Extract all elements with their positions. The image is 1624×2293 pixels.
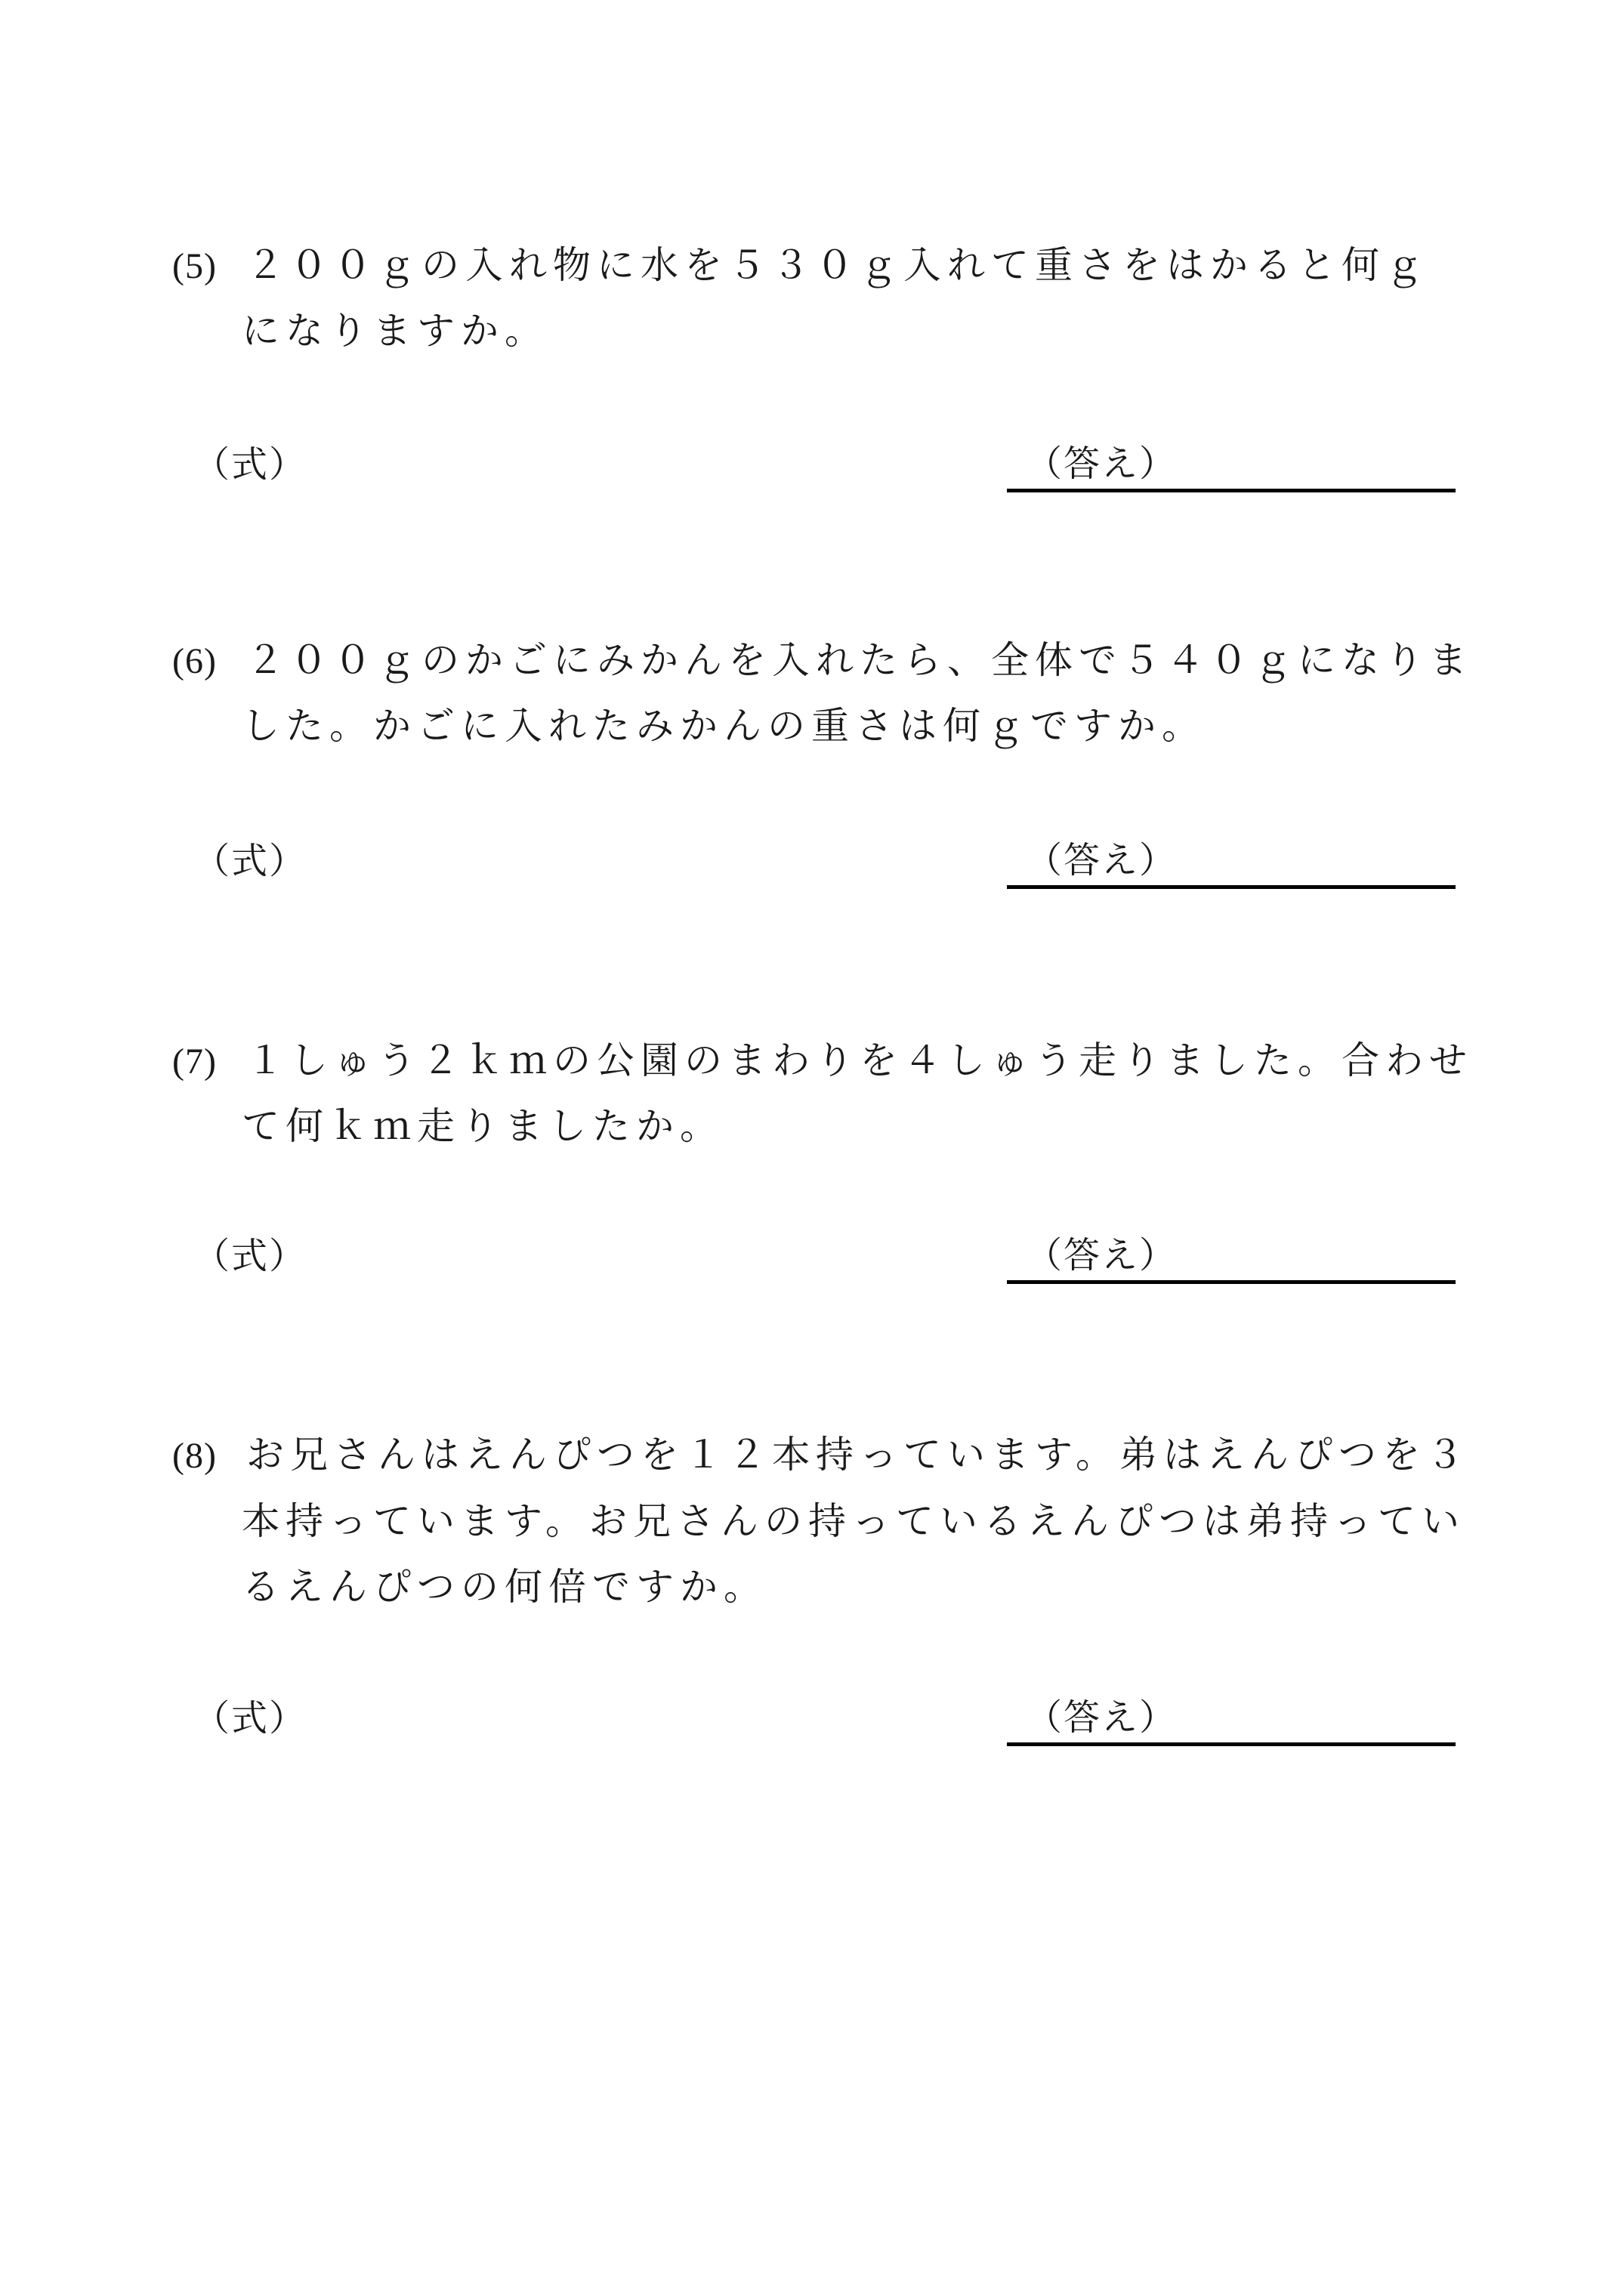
formula-label: （式） — [193, 1701, 307, 1737]
question-text-line: て何ｋｍ走りましたか。 — [242, 1107, 724, 1145]
answer-label: （答え） — [1026, 1238, 1177, 1274]
answer-label: （答え） — [1026, 446, 1177, 483]
question-number: (8) — [172, 1438, 217, 1474]
question-text-line: ２００ｇの入れ物に水を５３０ｇ入れて重さをはかると何ｇ — [246, 246, 1429, 284]
answer-line: （答え） — [1007, 446, 1456, 492]
answer-line: （答え） — [1007, 1700, 1456, 1746]
worksheet-page: (5) ２００ｇの入れ物に水を５３０ｇ入れて重さをはかると何ｇ になりますか。 … — [0, 0, 1624, 2293]
question-text-line: 本持っています。お兄さんの持っているえんぴつは弟持ってい — [242, 1502, 1465, 1540]
question-text-line: になりますか。 — [242, 312, 548, 350]
answer-line: （答え） — [1007, 1238, 1456, 1284]
answer-label: （答え） — [1026, 843, 1177, 879]
question-number: (7) — [172, 1044, 217, 1080]
formula-label: （式） — [193, 1239, 307, 1275]
answer-label: （答え） — [1026, 1700, 1177, 1736]
question-text-line: ２００ｇのかごにみかんを入れたら、全体で５４０ｇになりま — [246, 641, 1473, 679]
question-text-line: １しゅう２ｋｍの公園のまわりを４しゅう走りました。合わせ — [246, 1042, 1473, 1079]
question-text-line: お兄さんはえんぴつを１２本持っています。弟はえんぴつを３ — [246, 1436, 1470, 1474]
question-text-line: るえんぴつの何倍ですか。 — [242, 1568, 767, 1606]
formula-label: （式） — [193, 447, 307, 483]
answer-line: （答え） — [1007, 843, 1456, 889]
formula-label: （式） — [193, 844, 307, 880]
question-number: (5) — [172, 248, 217, 285]
question-text-line: した。かごに入れたみかんの重さは何ｇですか。 — [242, 707, 1206, 745]
question-number: (6) — [172, 643, 217, 680]
